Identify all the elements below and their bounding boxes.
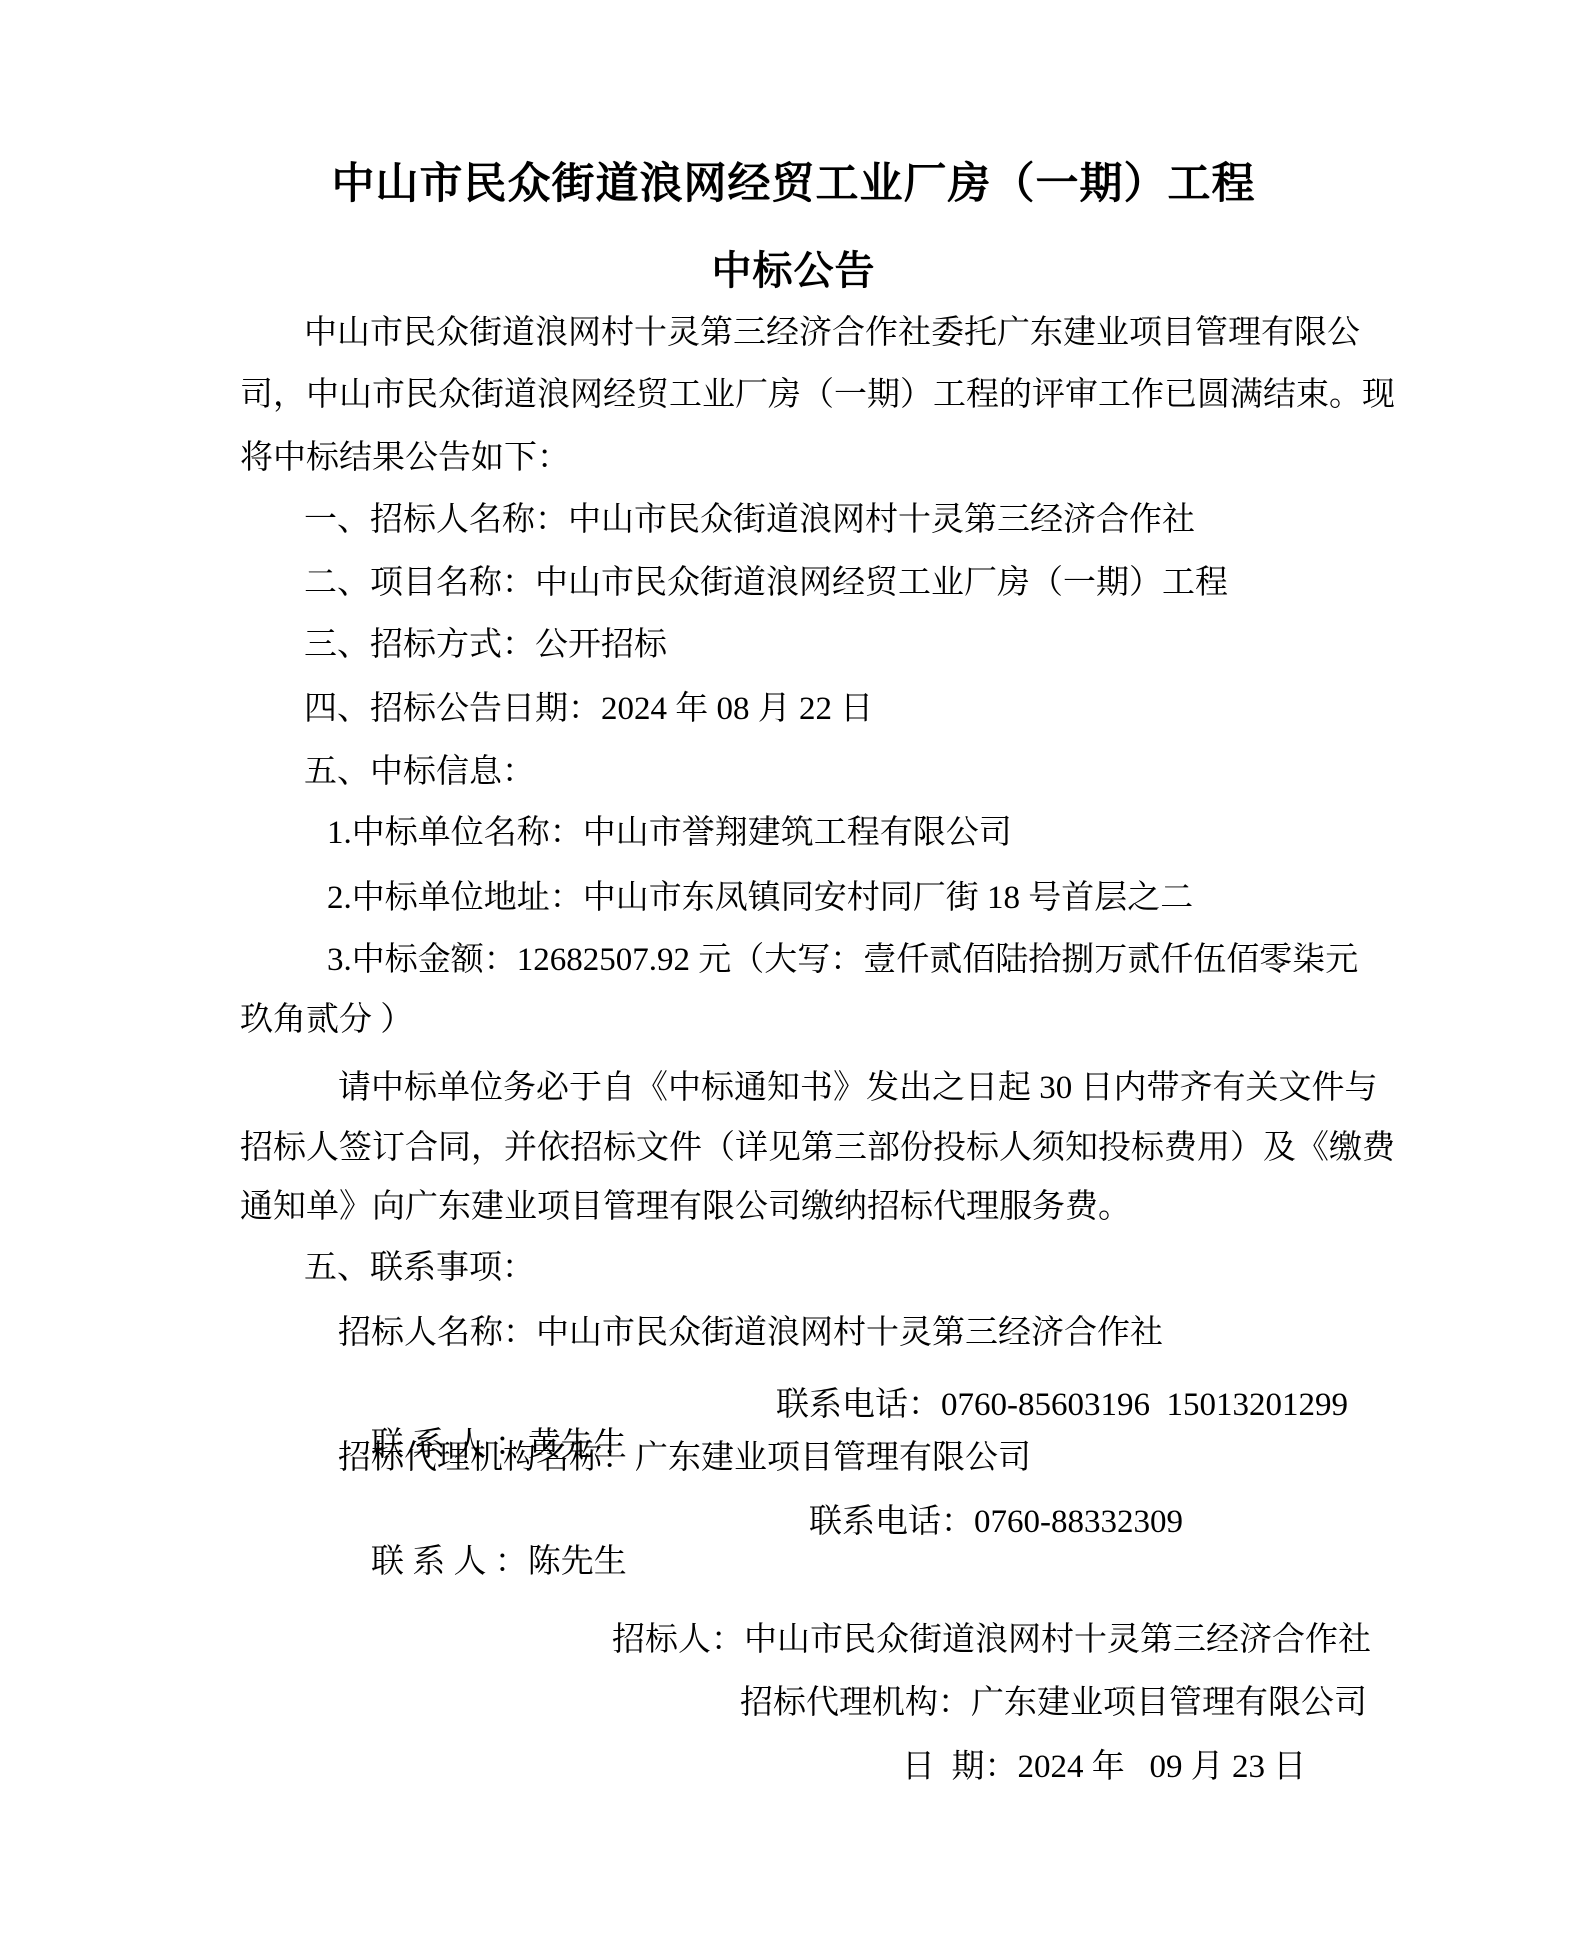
item-tenderer-name: 一、招标人名称：中山市民众街道浪网村十灵第三经济合作社 [240,500,1419,540]
intro-line: 将中标结果公告如下： [240,438,1355,478]
item-announce-date: 四、招标公告日期：2024 年 08 月 22 日 [240,689,1419,729]
intro-line: 司，中山市民众街道浪网经贸工业厂房（一期）工程的评审工作已圆满结束。现 [240,375,1355,415]
notice-line: 招标人签订合同，并依招标文件（详见第三部份投标人须知投标费用）及《缴费 [240,1128,1355,1168]
item-award-info: 五、中标信息： [240,752,1419,792]
doc-subtitle: 中标公告 [0,239,1587,296]
award-amount: 3.中标金额：12682507.92 元（大写：壹仟贰佰陆拾捌万贰仟伍佰零柒元 [240,940,1442,980]
announcement-document: 中山市民众街道浪网经贸工业厂房（一期）工程 中标公告 中山市民众街道浪网村十灵第… [0,0,1587,1940]
contact-person-2: 联 系 人 ：陈先生 [371,1544,627,1580]
contact-agency-line: 招标代理机构名称：广东建业项目管理有限公司 [240,1438,1453,1478]
footer-date: 日 期：2024 年 09 月 23 日 [902,1747,1306,1787]
footer-agency: 招标代理机构：广东建业项目管理有限公司 [740,1683,1367,1723]
footer-tenderer: 招标人：中山市民众街道浪网村十灵第三经济合作社 [612,1620,1371,1660]
award-amount-cont: 玖角贰分 ） [240,1000,1355,1040]
doc-title: 中山市民众街道浪网经贸工业厂房（一期）工程 [0,150,1587,211]
item-tender-method: 三、招标方式：公开招标 [240,625,1419,665]
award-winner-address: 2.中标单位地址：中山市东凤镇同安村同厂街 18 号首层之二 [240,878,1442,918]
notice-line: 通知单》向广东建业项目管理有限公司缴纳招标代理服务费。 [240,1187,1355,1227]
contact-phone-1: 联系电话：0760-85603196 15013201299 [776,1385,1348,1425]
award-winner-name: 1.中标单位名称：中山市誉翔建筑工程有限公司 [240,813,1442,853]
notice-line: 请中标单位务必于自《中标通知书》发出之日起 30 日内带齐有关文件与 [240,1068,1453,1108]
contact-heading: 五、联系事项： [240,1248,1419,1288]
contact-tenderer-line: 招标人名称：中山市民众街道浪网村十灵第三经济合作社 [240,1313,1453,1353]
intro-line: 中山市民众街道浪网村十灵第三经济合作社委托广东建业项目管理有限公 [240,313,1419,353]
contact-phone-2: 联系电话：0760-88332309 [809,1502,1183,1542]
item-project-name: 二、项目名称：中山市民众街道浪网经贸工业厂房（一期）工程 [240,563,1419,603]
